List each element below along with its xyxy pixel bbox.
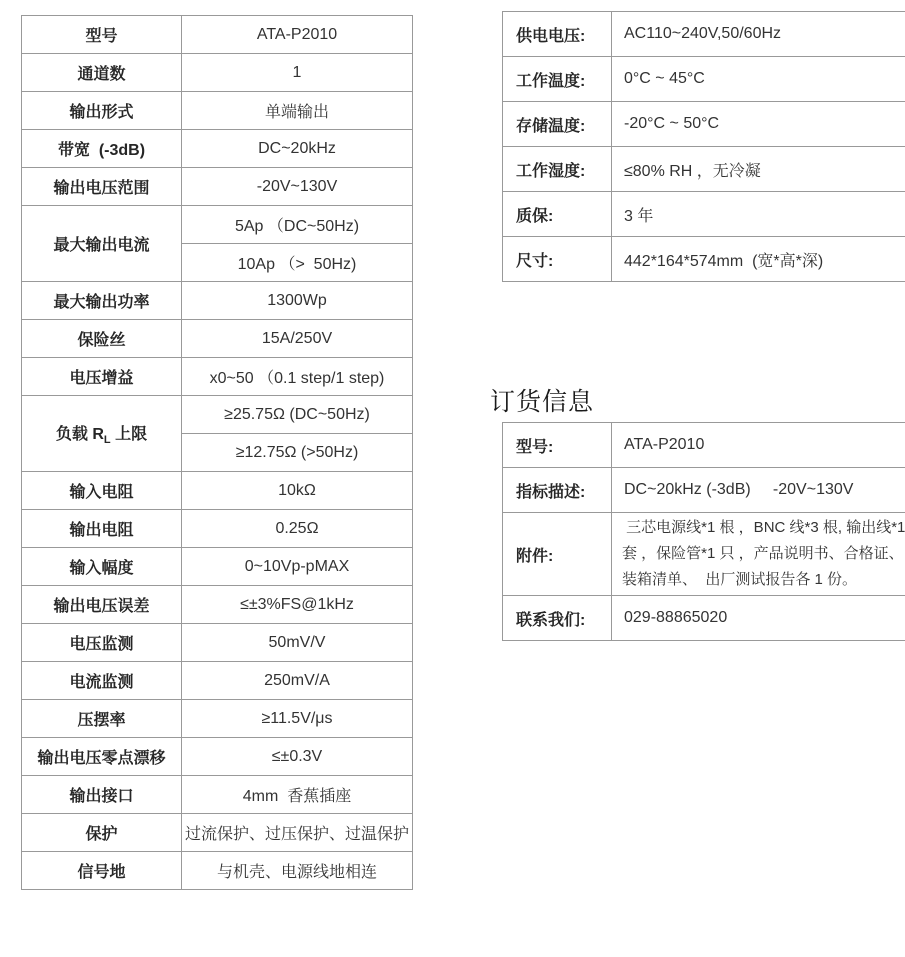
spec-label: 压摆率 [22,700,182,738]
spec-label: 输出电压范围 [22,168,182,206]
spec-value: 4mm 香蕉插座 [182,776,413,814]
spec-row-15: 电流监测250mV/A [22,662,413,700]
spec-row-20: 信号地与机壳、电源线地相连 [22,852,413,890]
spec-row-14: 电压监测50mV/V [22,624,413,662]
ordering-title: 订货信息 [490,382,594,418]
spec-value: 5Ap （DC~50Hz) [182,206,413,244]
ordering-value: DC~20kHz (-3dB) -20V~130V [612,468,905,513]
spec-label: 输出接口 [22,776,182,814]
ordering-table-body: 型号:ATA-P2010指标描述:DC~20kHz (-3dB) -20V~13… [503,423,905,641]
ordering-label: 附件: [503,513,612,596]
spec-row-11: 输出电阻0.25Ω [22,510,413,548]
spec-label: 通道数 [22,54,182,92]
spec-table-body: 型号ATA-P2010通道数1输出形式单端输出带宽 (-3dB)DC~20kHz… [22,16,413,890]
spec-label: 输入幅度 [22,548,182,586]
spec-row-5: 最大输出电流5Ap （DC~50Hz) [22,206,413,244]
env-row-0: 供电电压:AC110~240V,50/60Hz [503,12,905,57]
spec-row-12: 输入幅度0~10Vp-pMAX [22,548,413,586]
ordering-value: ATA-P2010 [612,423,905,468]
spec-label: 最大输出电流 [22,206,182,282]
spec-value: 0.25Ω [182,510,413,548]
env-value: 3 年 [612,192,905,237]
spec-row-6: 最大输出功率1300Wp [22,282,413,320]
ordering-label: 指标描述: [503,468,612,513]
ordering-row-3: 联系我们:029-88865020 [503,596,905,641]
spec-row-0: 型号ATA-P2010 [22,16,413,54]
spec-row-1: 通道数1 [22,54,413,92]
spec-value: 1300Wp [182,282,413,320]
spec-value: 与机壳、电源线地相连 [182,852,413,890]
env-label: 存储温度: [503,102,612,147]
spec-table: 型号ATA-P2010通道数1输出形式单端输出带宽 (-3dB)DC~20kHz… [21,15,413,890]
spec-value: 0~10Vp-pMAX [182,548,413,586]
spec-value: ≥25.75Ω (DC~50Hz) [182,396,413,434]
spec-value: 1 [182,54,413,92]
spec-value: ≤±0.3V [182,738,413,776]
spec-label: 保险丝 [22,320,182,358]
spec-label: 电压增益 [22,358,182,396]
spec-row-2: 输出形式单端输出 [22,92,413,130]
ordering-row-0: 型号:ATA-P2010 [503,423,905,468]
env-value: ≤80% RH ，无冷凝 [612,147,905,192]
env-label: 供电电压: [503,12,612,57]
spec-label: 保护 [22,814,182,852]
spec-row-3: 带宽 (-3dB)DC~20kHz [22,130,413,168]
env-table: 供电电压:AC110~240V,50/60Hz工作温度:0°C ~ 45°C存储… [502,11,905,282]
env-label: 尺寸: [503,237,612,282]
ordering-value: 029-88865020 [612,596,905,641]
spec-value: ≥12.75Ω (>50Hz) [182,434,413,472]
ordering-table: 型号:ATA-P2010指标描述:DC~20kHz (-3dB) -20V~13… [502,422,905,641]
spec-value: DC~20kHz [182,130,413,168]
spec-row-17: 输出电压零点漂移≤±0.3V [22,738,413,776]
spec-row-10: 输入电阻10kΩ [22,472,413,510]
spec-value: 10kΩ [182,472,413,510]
spec-value: ATA-P2010 [182,16,413,54]
env-value: -20°C ~ 50°C [612,102,905,147]
spec-row-7: 保险丝15A/250V [22,320,413,358]
ordering-row-1: 指标描述:DC~20kHz (-3dB) -20V~130V [503,468,905,513]
env-value: AC110~240V,50/60Hz [612,12,905,57]
spec-value: 250mV/A [182,662,413,700]
spec-label: 输出电压误差 [22,586,182,624]
spec-label: 电流监测 [22,662,182,700]
spec-row-16: 压摆率≥11.5V/μs [22,700,413,738]
spec-row-8: 电压增益x0~50 （0.1 step/1 step) [22,358,413,396]
spec-label: 最大输出功率 [22,282,182,320]
env-label: 质保: [503,192,612,237]
spec-row-19: 保护过流保护、过压保护、过温保护 [22,814,413,852]
spec-value: 过流保护、过压保护、过温保护 [182,814,413,852]
env-label: 工作湿度: [503,147,612,192]
env-row-5: 尺寸:442*164*574mm (宽*高*深) [503,237,905,282]
spec-label: 信号地 [22,852,182,890]
spec-value: 10Ap （> 50Hz) [182,244,413,282]
spec-row-18: 输出接口4mm 香蕉插座 [22,776,413,814]
spec-row-9: 负载 RL 上限≥25.75Ω (DC~50Hz) [22,396,413,434]
spec-label: 输出电压零点漂移 [22,738,182,776]
spec-value: 50mV/V [182,624,413,662]
spec-label: 输出电阻 [22,510,182,548]
spec-row-13: 输出电压误差≤±3%FS@1kHz [22,586,413,624]
ordering-row-2: 附件: 三芯电源线*1 根 ，BNC 线*3 根, 输出线*1 套 ，保险管*1… [503,513,905,596]
spec-label: 负载 RL 上限 [22,396,182,472]
spec-label: 输入电阻 [22,472,182,510]
spec-value: 15A/250V [182,320,413,358]
spec-value: -20V~130V [182,168,413,206]
ordering-label: 型号: [503,423,612,468]
ordering-label: 联系我们: [503,596,612,641]
env-row-2: 存储温度:-20°C ~ 50°C [503,102,905,147]
spec-label: 型号 [22,16,182,54]
page: { "page": { "background": "#ffffff", "te… [0,0,905,957]
spec-label: 电压监测 [22,624,182,662]
spec-value: 单端输出 [182,92,413,130]
label-subscript: L [104,434,111,446]
env-value: 442*164*574mm (宽*高*深) [612,237,905,282]
env-table-body: 供电电压:AC110~240V,50/60Hz工作温度:0°C ~ 45°C存储… [503,12,905,282]
spec-value: x0~50 （0.1 step/1 step) [182,358,413,396]
env-row-4: 质保:3 年 [503,192,905,237]
env-row-1: 工作温度:0°C ~ 45°C [503,57,905,102]
env-row-3: 工作湿度:≤80% RH ，无冷凝 [503,147,905,192]
env-label: 工作温度: [503,57,612,102]
spec-value: ≤±3%FS@1kHz [182,586,413,624]
spec-row-4: 输出电压范围-20V~130V [22,168,413,206]
spec-label: 输出形式 [22,92,182,130]
env-value: 0°C ~ 45°C [612,57,905,102]
spec-label: 带宽 (-3dB) [22,130,182,168]
spec-value: ≥11.5V/μs [182,700,413,738]
ordering-value: 三芯电源线*1 根 ，BNC 线*3 根, 输出线*1 套 ，保险管*1 只 ，… [612,513,905,596]
